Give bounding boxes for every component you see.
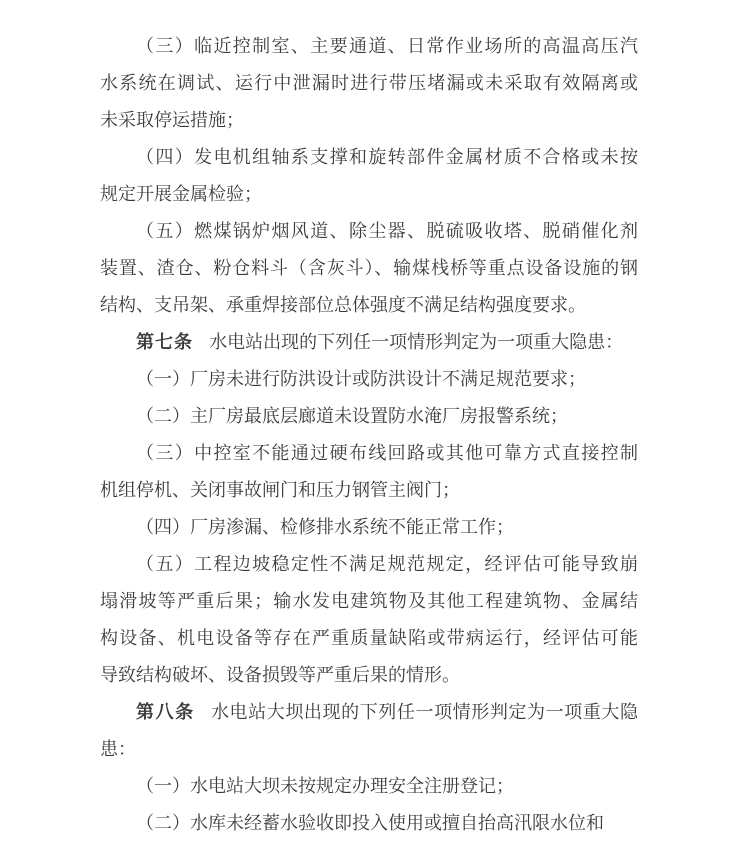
- article-number: 第七条: [136, 332, 193, 352]
- text-line: 结构、支吊架、承重焊接部位总体强度不满足结构强度要求。: [100, 287, 638, 324]
- text-line: （二）主厂房最底层廊道未设置防水淹厂房报警系统；: [100, 398, 638, 435]
- text-line: （四）厂房渗漏、检修排水系统不能正常工作；: [100, 509, 638, 546]
- text-line: 患：: [100, 731, 638, 768]
- document-page: （三）临近控制室、主要通道、日常作业场所的高温高压汽水系统在调试、运行中泄漏时进…: [0, 0, 738, 848]
- text-line: （五）燃煤锅炉烟风道、除尘器、脱硫吸收塔、脱硝催化剂: [100, 213, 638, 250]
- text-line: （一）水电站大坝未按规定办理安全注册登记；: [100, 768, 638, 805]
- text-line: （三）中控室不能通过硬布线回路或其他可靠方式直接控制: [100, 435, 638, 472]
- text-line: 导致结构破坏、设备损毁等严重后果的情形。: [100, 657, 638, 694]
- text-line: 未采取停运措施；: [100, 102, 638, 139]
- document-body: （三）临近控制室、主要通道、日常作业场所的高温高压汽水系统在调试、运行中泄漏时进…: [100, 28, 638, 842]
- text-line: 第七条水电站出现的下列任一项情形判定为一项重大隐患：: [100, 324, 638, 361]
- text-line: 构设备、机电设备等存在严重质量缺陷或带病运行，经评估可能: [100, 620, 638, 657]
- text-line: 水系统在调试、运行中泄漏时进行带压堵漏或未采取有效隔离或: [100, 65, 638, 102]
- text-line: （二）水库未经蓄水验收即投入使用或擅自抬高汛限水位和: [100, 805, 638, 842]
- text-line: （一）厂房未进行防洪设计或防洪设计不满足规范要求；: [100, 361, 638, 398]
- text-line: 塌滑坡等严重后果；输水发电建筑物及其他工程建筑物、金属结: [100, 583, 638, 620]
- text-line: 规定开展金属检验；: [100, 176, 638, 213]
- text-line: （三）临近控制室、主要通道、日常作业场所的高温高压汽: [100, 28, 638, 65]
- text-line: （五）工程边坡稳定性不满足规范规定，经评估可能导致崩: [100, 546, 638, 583]
- text-line: 第八条水电站大坝出现的下列任一项情形判定为一项重大隐: [100, 694, 638, 731]
- text-line: 机组停机、关闭事故闸门和压力钢管主阀门；: [100, 472, 638, 509]
- article-number: 第八条: [136, 702, 195, 722]
- text-line: （四）发电机组轴系支撑和旋转部件金属材质不合格或未按: [100, 139, 638, 176]
- text-line: 装置、渣仓、粉仓料斗（含灰斗）、输煤栈桥等重点设备设施的钢: [100, 250, 638, 287]
